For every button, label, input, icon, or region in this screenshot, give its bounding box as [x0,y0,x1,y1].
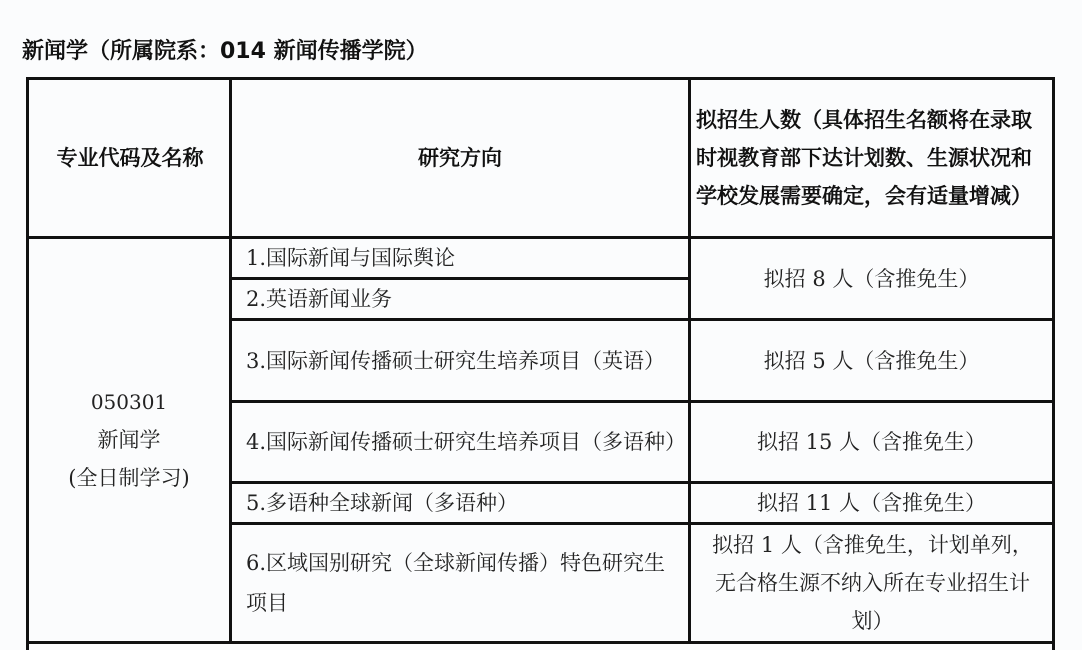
quota-cell-5: 拟招 11 人（含推免生） [691,484,1052,522]
header-major: 专业代码及名称 [40,80,220,236]
header-direction: 研究方向 [232,80,688,236]
quota-cell-4: 拟招 15 人（含推免生） [691,403,1052,481]
quota-label: 拟招 8 人（含推免生） [764,260,980,298]
direction-item-6: 6.区域国别研究（全球新闻传播）特色研究生项目 [232,525,688,641]
major-mode: (全日制学习) [68,459,189,497]
table-border-right [1052,77,1055,650]
quota-label: 拟招 11 人（含推免生） [757,484,986,522]
direction-label: 1.国际新闻与国际舆论 [246,238,455,278]
direction-item-3: 3.国际新闻传播硕士研究生培养项目（英语） [232,321,688,400]
direction-item-1: 1.国际新闻与国际舆论 [232,239,688,277]
direction-label: 5.多语种全球新闻（多语种） [246,483,518,523]
direction-label: 4.国际新闻传播硕士研究生培养项目（多语种） [246,422,678,462]
quota-cell-6: 拟招 1 人（含推免生，计划单列，无合格生源不纳入所在专业招生计划） [710,525,1035,641]
header-quota: 拟招生人数（具体招生名额将在录取时视教育部下达计划数、生源状况和学校发展需要确定… [696,80,1048,236]
quota-label: 拟招 5 人（含推免生） [764,342,980,380]
quota-label: 拟招 15 人（含推免生） [757,423,986,461]
direction-item-5: 5.多语种全球新闻（多语种） [232,484,688,522]
quota-label: 拟招 1 人（含推免生，计划单列，无合格生源不纳入所在专业招生计划） [710,526,1035,640]
direction-item-4: 4.国际新闻传播硕士研究生培养项目（多语种） [232,403,688,481]
direction-label: 6.区域国别研究（全球新闻传播）特色研究生项目 [246,543,678,623]
table-bottom-divider [26,641,1055,644]
section-title: 新闻学（所属院系：014 新闻传播学院） [22,34,428,65]
major-cell: 050301 新闻学 (全日制学习) [29,239,229,641]
header-quota-label: 拟招生人数（具体招生名额将在录取时视教育部下达计划数、生源状况和学校发展需要确定… [696,101,1048,215]
quota-cell-3: 拟招 5 人（含推免生） [691,321,1052,400]
quota-cell-1-2: 拟招 8 人（含推免生） [691,239,1052,318]
direction-item-2: 2.英语新闻业务 [232,280,688,318]
direction-label: 2.英语新闻业务 [246,279,392,319]
major-name: 新闻学 [98,421,161,459]
header-major-label: 专业代码及名称 [57,142,204,174]
header-direction-label: 研究方向 [418,142,502,174]
major-code: 050301 [91,383,167,421]
direction-label: 3.国际新闻传播硕士研究生培养项目（英语） [246,341,665,381]
